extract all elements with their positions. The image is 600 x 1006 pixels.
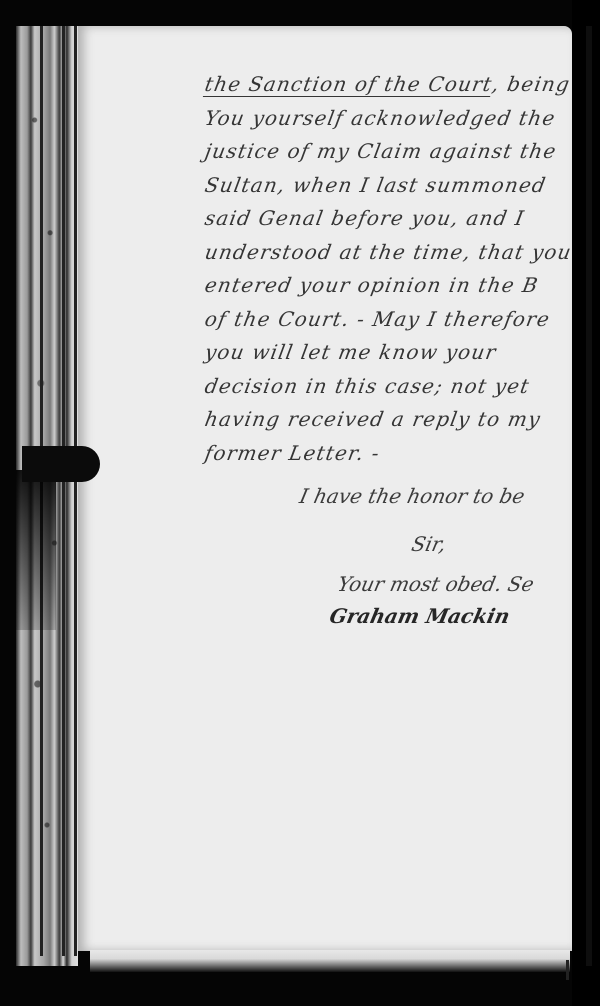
letter-line: Sultan, when I last summoned	[202, 169, 572, 203]
letter-line: entered your opinion in the B	[202, 269, 572, 303]
letter-line: having received a reply to my	[202, 403, 572, 437]
closing-salutation: I have the honor to be	[297, 484, 527, 508]
right-page-edge	[586, 26, 592, 966]
letter-line: said Genal before you, and I	[202, 202, 572, 236]
letter-line: You yourself acknowledged the	[202, 102, 572, 136]
signature: Graham Mackin	[327, 604, 512, 628]
letter-line: you will let me know your	[202, 336, 572, 370]
letter-line: understood at the time, that you	[202, 236, 572, 270]
closing-sir: Sir,	[409, 532, 448, 556]
letter-line: the Sanction of the Court, being	[202, 68, 572, 102]
letter-line: decision in this case; not yet	[202, 370, 572, 404]
line-suffix: , being	[490, 72, 572, 96]
letter-line: justice of my Claim against the	[202, 135, 572, 169]
closing-valediction: Your most obed. Se	[335, 572, 536, 596]
letter-line: former Letter. -	[202, 437, 572, 471]
underlined-phrase: the Sanction of the Court	[203, 72, 494, 96]
text-area: the Sanction of the Court, being You you…	[0, 0, 572, 1006]
letter-line: of the Court. - May I therefore	[202, 303, 572, 337]
letter-body: the Sanction of the Court, being You you…	[205, 68, 572, 470]
